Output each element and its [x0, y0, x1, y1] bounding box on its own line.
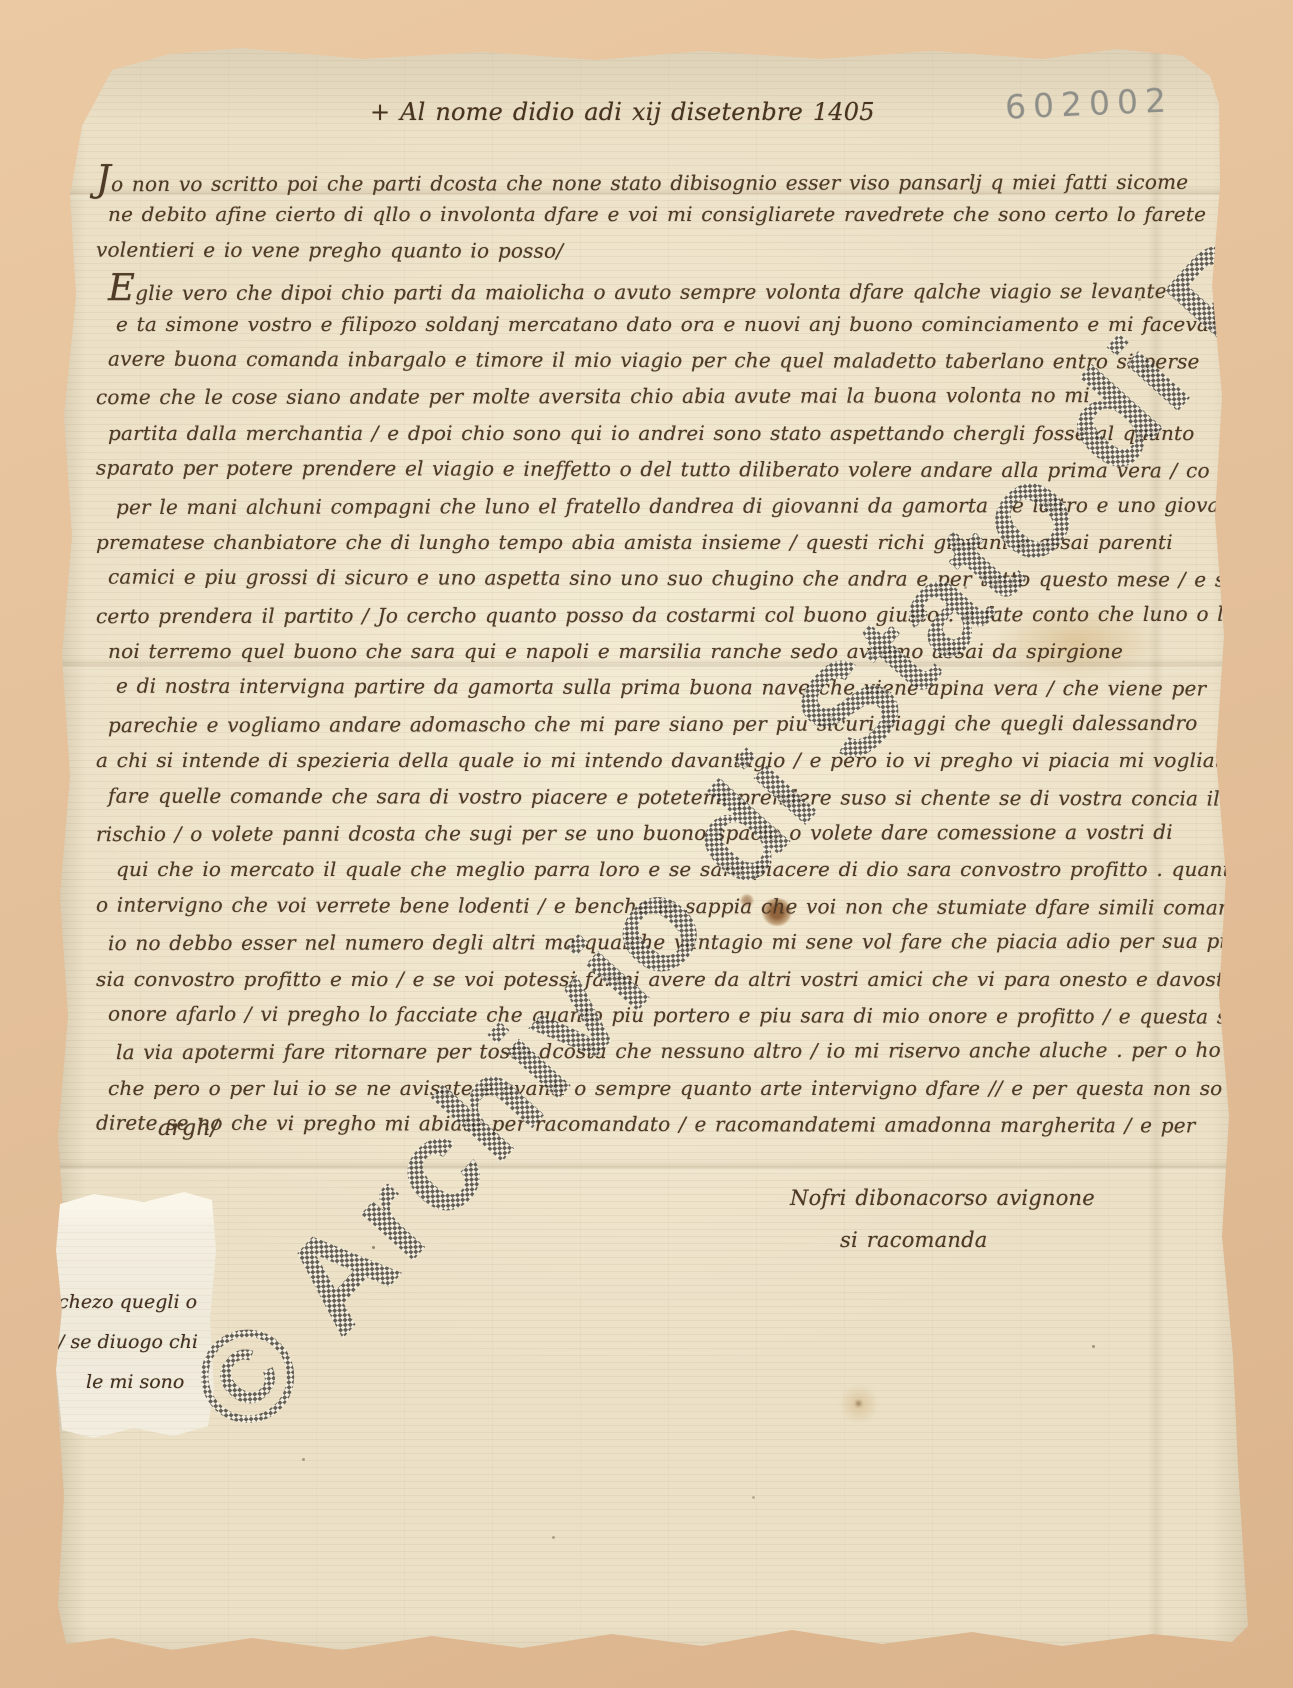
manuscript-line: volentieri e io vene pregho quanto io po…	[96, 231, 1186, 270]
manuscript-line: per le mani alchuni compagni che luno el…	[96, 486, 1186, 525]
manuscript-line: come che le cose siano andate per molte …	[96, 377, 1186, 416]
letter-sheet: + Al nome didio adi xij disetenbre 1405 …	[52, 46, 1252, 1658]
manuscript-line: fare quelle comande che sara di vostro p…	[96, 777, 1186, 816]
manuscript-line: la via apotermi fare ritornare per tosto…	[96, 1032, 1186, 1071]
manuscript-line: noi terremo quel buono che sara qui e na…	[96, 633, 1186, 669]
manuscript-line: sparato per potere prendere el viagio e …	[96, 450, 1186, 489]
letter-body: Jo non vo scritto poi che parti dcosta c…	[96, 160, 1186, 1143]
fold-crease	[52, 1160, 1252, 1176]
signature-name: Nofri dibonacorso avignone	[790, 1186, 1095, 1210]
manuscript-line: io no debbo esser nel numero degli altri…	[96, 923, 1186, 962]
manuscript-line: certo prendera il partito / Jo cercho qu…	[96, 596, 1186, 635]
patch-line: chezo quegli o	[58, 1282, 198, 1322]
closing-fragment: argh/	[158, 1116, 218, 1141]
patch-line: / se diuogo chi	[58, 1322, 198, 1362]
manuscript-line: o intervigno che voi verrete bene lodent…	[96, 886, 1186, 925]
manuscript-line: ne debito afine cierto di qllo o involon…	[96, 196, 1186, 232]
manuscript-line: onore afarlo / vi pregho lo facciate che…	[96, 996, 1186, 1035]
manuscript-line: a chi si intende di spezieria della qual…	[96, 742, 1186, 778]
faint-stain	[838, 1384, 880, 1424]
paper-specks	[52, 46, 55, 49]
manuscript-line: rischio / o volete panni dcosta che sugi…	[96, 814, 1186, 853]
manuscript-line: Eglie vero che dipoi chio parti da maiol…	[96, 268, 1186, 307]
manuscript-line: sia convostro profitto e mio / e se voi …	[96, 961, 1186, 997]
manuscript-line: parechie e vogliamo andare adomascho che…	[96, 705, 1186, 744]
manuscript-line: e di nostra intervigna partire da gamort…	[96, 668, 1186, 707]
manuscript-line: avere buona comanda inbargalo e timore i…	[96, 341, 1186, 380]
archive-number-pencil: 602002	[1004, 80, 1174, 126]
patch-writing: chezo quegli o/ se diuogo chile mi sono	[58, 1282, 198, 1402]
manuscript-line: direte se no che vi pregho mi abiate per…	[96, 1105, 1186, 1144]
letter-heading-date: + Al nome didio adi xij disetenbre 1405	[370, 98, 875, 126]
manuscript-line: prematese chanbiatore che di lungho temp…	[96, 524, 1186, 560]
manuscript-line: camici e piu grossi di sicuro e uno aspe…	[96, 559, 1186, 598]
scanned-letter-photo: + Al nome didio adi xij disetenbre 1405 …	[0, 0, 1293, 1688]
patch-line: le mi sono	[58, 1362, 198, 1402]
manuscript-line: che pero o per lui io se ne avisate e av…	[96, 1070, 1186, 1106]
manuscript-line: Jo non vo scritto poi che parti dcosta c…	[96, 159, 1186, 198]
signature-valediction: si racomanda	[840, 1228, 987, 1252]
manuscript-line: e ta simone vostro e filipozo soldanj me…	[96, 306, 1186, 342]
attached-paper-patch: chezo quegli o/ se diuogo chile mi sono	[54, 1190, 218, 1446]
manuscript-line: qui che io mercato il quale che meglio p…	[96, 851, 1186, 887]
manuscript-line: partita dalla merchantia / e dpoi chio s…	[96, 415, 1186, 451]
